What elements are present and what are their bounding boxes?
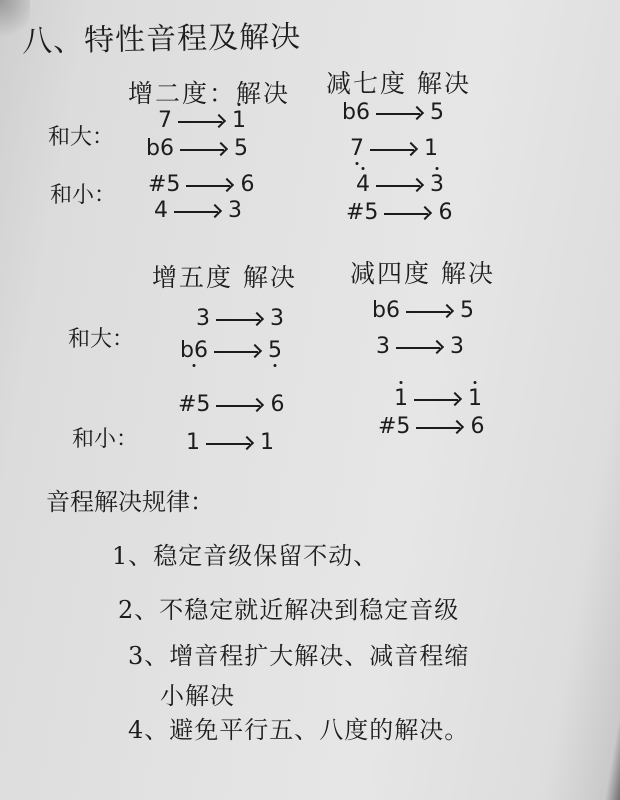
note-from: 3 bbox=[376, 334, 390, 359]
note-from: #5 bbox=[346, 200, 378, 225]
note-from: b6 bbox=[372, 298, 400, 323]
note-to: 3 bbox=[270, 306, 284, 331]
rule-item: 4、避免平行五、八度的解决。 bbox=[128, 710, 469, 745]
resolution-row: b6 5 bbox=[342, 100, 444, 125]
arrow-icon bbox=[206, 439, 254, 449]
note-to: 1 bbox=[260, 430, 274, 455]
resolution-row: b6 5 bbox=[372, 298, 474, 323]
resolution-row: 1 1 bbox=[394, 386, 482, 411]
resolution-row: #5 6 bbox=[346, 200, 452, 225]
arrow-icon bbox=[384, 209, 432, 219]
arrow-icon bbox=[214, 347, 262, 357]
resolution-row: 1 1 bbox=[186, 430, 274, 455]
arrow-icon bbox=[186, 181, 234, 191]
note-to: 1 bbox=[232, 108, 246, 133]
arrow-icon bbox=[414, 395, 462, 405]
resolution-row: 3 3 bbox=[196, 306, 284, 331]
table-header-aug5: 增五度 解决 bbox=[152, 258, 297, 294]
row-label-major: 和大： bbox=[68, 322, 134, 353]
page-title: 八、特性音程及解决 bbox=[22, 12, 302, 61]
note-from: 4 bbox=[356, 172, 370, 197]
resolution-row: 4 3 bbox=[154, 198, 242, 223]
note-to: 3 bbox=[430, 172, 444, 197]
resolution-row: 7 1 bbox=[350, 136, 438, 161]
arrow-icon bbox=[406, 307, 454, 317]
note-from: #5 bbox=[378, 414, 410, 439]
note-from: #5 bbox=[148, 172, 180, 197]
resolution-row: b6 5 bbox=[180, 338, 282, 363]
note-from: #5 bbox=[178, 392, 210, 417]
note-to: 5 bbox=[460, 298, 474, 323]
note-from: 7 bbox=[350, 136, 364, 161]
row-label-minor: 和小： bbox=[50, 178, 116, 209]
row-label-minor: 和小： bbox=[72, 422, 138, 453]
resolution-row: #5 6 bbox=[148, 172, 254, 197]
rules-heading: 音程解决规律： bbox=[46, 482, 214, 517]
note-from: 7 bbox=[158, 108, 172, 133]
rule-item: 3、增音程扩大解决、减音程缩 bbox=[128, 636, 469, 671]
note-to: 5 bbox=[268, 338, 282, 363]
table-header-aug2: 增二度：解决 bbox=[128, 74, 290, 110]
note-from: b6 bbox=[146, 136, 174, 161]
note-from: 4 bbox=[154, 198, 168, 223]
arrow-icon bbox=[178, 117, 226, 127]
note-from: b6 bbox=[180, 338, 208, 363]
rule-item: 2、不稳定就近解决到稳定音级 bbox=[118, 590, 459, 625]
resolution-row: 7 1 bbox=[158, 108, 246, 133]
row-label-major: 和大： bbox=[48, 120, 114, 151]
resolution-row: 3 3 bbox=[376, 334, 464, 359]
note-to: 6 bbox=[270, 392, 284, 417]
arrow-icon bbox=[416, 423, 464, 433]
note-to: 3 bbox=[450, 334, 464, 359]
resolution-row: 4 3 bbox=[356, 172, 444, 197]
table-header-dim7: 减七度 解决 bbox=[326, 64, 471, 100]
note-to: 6 bbox=[240, 172, 254, 197]
arrow-icon bbox=[376, 109, 424, 119]
resolution-row: b6 5 bbox=[146, 136, 248, 161]
note-to: 6 bbox=[438, 200, 452, 225]
arrow-icon bbox=[180, 145, 228, 155]
note-from: 3 bbox=[196, 306, 210, 331]
arrow-icon bbox=[376, 181, 424, 191]
note-from: 1 bbox=[186, 430, 200, 455]
arrow-icon bbox=[216, 401, 264, 411]
note-to: 5 bbox=[234, 136, 248, 161]
note-from: b6 bbox=[342, 100, 370, 125]
arrow-icon bbox=[174, 207, 222, 217]
note-to: 1 bbox=[468, 386, 482, 411]
note-to: 5 bbox=[430, 100, 444, 125]
note-to: 1 bbox=[424, 136, 438, 161]
arrow-icon bbox=[216, 315, 264, 325]
resolution-row: #5 6 bbox=[378, 414, 484, 439]
arrow-icon bbox=[370, 145, 418, 155]
resolution-row: #5 6 bbox=[178, 392, 284, 417]
note-to: 3 bbox=[228, 198, 242, 223]
note-to: 6 bbox=[470, 414, 484, 439]
rule-item-continued: 小解决 bbox=[160, 676, 235, 711]
table-header-dim4: 减四度 解决 bbox=[350, 254, 495, 290]
rule-item: 1、稳定音级保留不动、 bbox=[112, 536, 378, 571]
note-from: 1 bbox=[394, 386, 408, 411]
arrow-icon bbox=[396, 343, 444, 353]
